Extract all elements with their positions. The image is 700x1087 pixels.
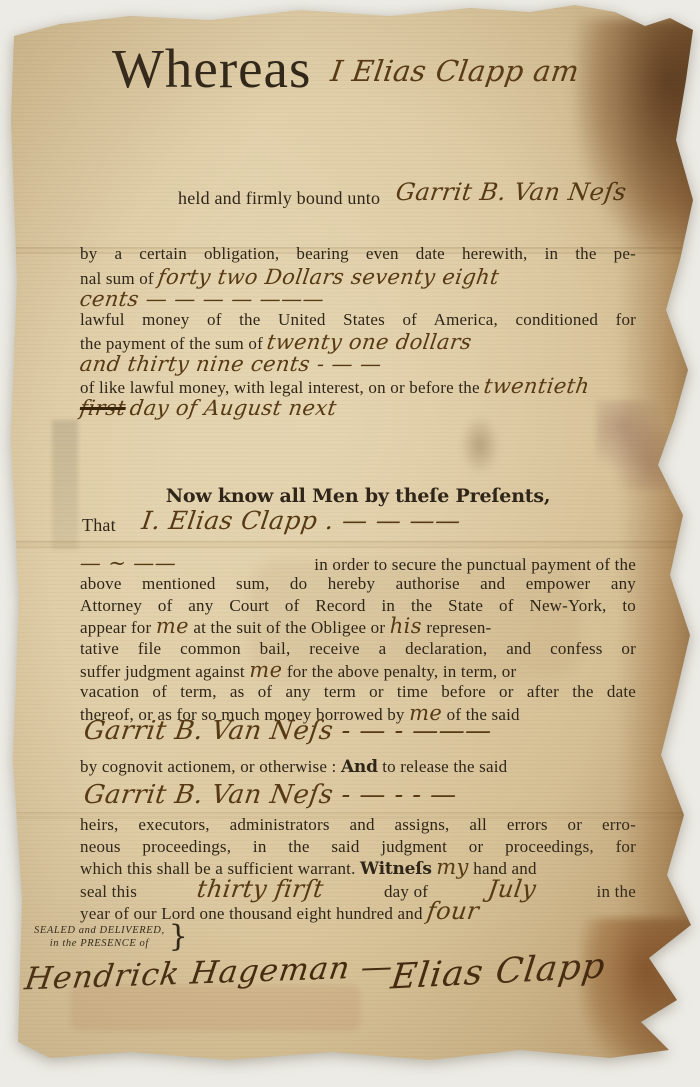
handwritten-obligor-name: I. Elias Clapp . — — —— [140, 506, 463, 535]
penal-line-5-print: the payment of the sum of [80, 334, 267, 353]
closing-line-1: heirs, executors, administrators and ass… [80, 814, 636, 836]
witness-signature: Hendrick Hageman — [22, 949, 395, 998]
handwritten-struck-word: first [78, 396, 127, 420]
attestation-brace: } [169, 919, 188, 954]
handwritten-obligee-name-repeat-2: Garrit B. Van Neſs - — - - — [82, 780, 459, 810]
closing-line-4e: in the [597, 881, 636, 903]
document-paper-sheet: Whereas I Elias Clapp am held and firmly… [0, 0, 700, 1087]
empower-line-3e: represen- [422, 618, 492, 637]
penal-line-4: lawful money of the United States of Ame… [80, 309, 636, 331]
blackletter-and: And [341, 757, 378, 777]
penal-line-8: first day of August next [80, 396, 636, 418]
empower-line-5: suffer judgment against me for the above… [80, 660, 636, 682]
empower-line-5a: suffer judgment against [80, 662, 249, 681]
cognovit-b: to release the said [378, 757, 508, 776]
empower-paragraph: — ~ —— in order to secure the punctual p… [80, 551, 636, 725]
empower-line-3c: at the suit of the Obligee or [189, 618, 390, 637]
stain-right-edge [618, 0, 700, 1087]
handwritten-lead-dashes: — ~ —— [78, 551, 178, 575]
printed-word-whereas: Whereas [112, 58, 311, 80]
blackletter-witness: Witneſs [360, 859, 432, 879]
printed-bound-text: held and firmly bound unto [178, 188, 380, 210]
handwritten-condition-sum: twenty one dollars [266, 330, 474, 354]
handwritten-obligee-name-repeat-1: Garrit B. Van Neſs - — - ——— [82, 716, 494, 746]
penal-line-1: by a certain obligation, bearing even da… [80, 243, 636, 265]
signer-signature: Elias Clapp [389, 946, 608, 997]
handwritten-penal-cents: cents — — — — ——— [78, 287, 325, 311]
attestation-line-2: in the PRESENCE of [34, 937, 165, 950]
penal-line-3: cents — — — — ——— [80, 287, 636, 309]
empower-line-2: Attorney of any Court of Record in the S… [80, 595, 636, 617]
penal-line-6: and thirty nine cents - — — [80, 352, 636, 374]
ink-smudge [460, 415, 500, 475]
bound-line: held and firmly bound unto Garrit B. Van… [178, 182, 627, 210]
handwritten-day: thirty firſt [196, 879, 326, 901]
handwritten-month: July [487, 879, 538, 901]
blackletter-presents-heading: Now know all Men by theſe Preſents, [80, 486, 636, 508]
handwritten-year: four [426, 901, 481, 923]
that-line: That I. Elias Clapp . — — —— [82, 508, 460, 537]
handwritten-penal-sum: forty two Dollars seventy eight [157, 265, 501, 289]
closing-line-4: seal this thirty firſt day of July in th… [80, 879, 636, 901]
penal-line-7-print: of like lawful money, with legal interes… [80, 378, 484, 397]
handwritten-due-day: twentieth [482, 374, 591, 398]
penal-sum-paragraph: by a certain obligation, bearing even da… [80, 243, 636, 418]
handwritten-obligor-intro: I Elias Clapp am [329, 54, 582, 88]
pencil-streaks-left-margin [52, 420, 78, 550]
handwritten-condition-cents: and thirty nine cents - — — [78, 352, 383, 376]
empower-line-0: — ~ —— in order to secure the punctual p… [80, 551, 636, 573]
empower-line-4: tative file common bail, receive a decla… [80, 638, 636, 660]
empower-line-6: vacation of term, as of any term or time… [80, 681, 636, 703]
closing-line-2: neous proceedings, in the said judgment … [80, 836, 636, 858]
empower-line-3a: appear for [80, 618, 156, 637]
penal-line-7: of like lawful money, with legal interes… [80, 374, 636, 396]
paper-shadow-wrap: Whereas I Elias Clapp am held and firmly… [0, 0, 700, 1087]
handwritten-me-2: me [249, 658, 282, 682]
penal-line-2-print: nal sum of [80, 269, 158, 288]
attestation-line-1: SEALED and DELIVERED, [34, 924, 165, 937]
penal-line-5: the payment of the sum of twenty one dol… [80, 330, 636, 352]
handwritten-obligee-name: Garrit B. Van Neſs [394, 178, 628, 206]
closing-line-4c: day of [384, 881, 428, 903]
cognovit-a: by cognovit actionem, or otherwise : [80, 757, 341, 776]
closing-line-4a: seal this [80, 881, 137, 903]
handwritten-due-month: day of August next [128, 396, 338, 420]
stain-top-right [575, 18, 700, 248]
closing-line-3: which this shall be a sufficient warrant… [80, 857, 636, 879]
handwritten-his: his [390, 614, 422, 638]
attestation-block: SEALED and DELIVERED, in the PRESENCE of… [34, 919, 188, 954]
signature-row: Hendrick Hageman — Elias Clapp [26, 952, 636, 992]
scanned-document-canvas: Whereas I Elias Clapp am held and firmly… [0, 0, 700, 1087]
fold-crease [12, 541, 688, 548]
handwritten-me-1: me [156, 614, 189, 638]
empower-line-3: appear for me at the suit of the Obligee… [80, 616, 636, 638]
empower-line-5c: for the above penalty, in term, or [282, 662, 516, 681]
handwritten-my: my [436, 855, 469, 879]
headline-row: Whereas I Elias Clapp am [112, 58, 579, 94]
empower-line-1: above mentioned sum, do hereby authorise… [80, 573, 636, 595]
penal-line-2: nal sum of forty two Dollars seventy eig… [80, 265, 636, 287]
closing-paragraph: heirs, executors, administrators and ass… [80, 814, 636, 922]
stain-bottom-right [580, 918, 695, 1068]
printed-that: That [82, 515, 116, 537]
cognovit-line: by cognovit actionem, or otherwise : And… [80, 756, 636, 779]
